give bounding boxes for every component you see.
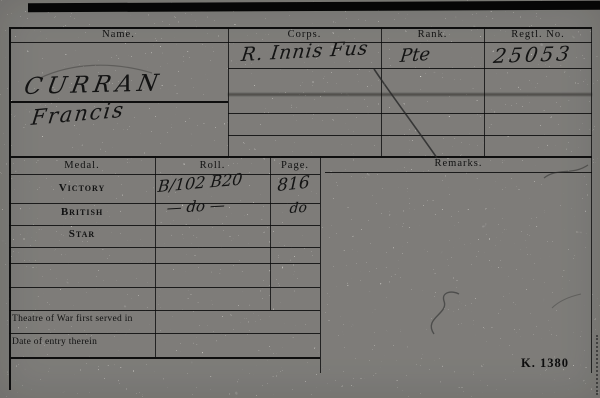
- roll-column-header: Roll.: [155, 160, 270, 171]
- empty-row-line-1: [9, 263, 320, 264]
- medal-row-victory-label: Victory: [9, 182, 155, 194]
- victory-page-handwriting: 816: [277, 172, 310, 196]
- medal-row-star-label: Star: [9, 228, 155, 240]
- row-line-1: [228, 68, 592, 69]
- british-row-line: [9, 225, 320, 226]
- remarks-underline: [325, 172, 592, 173]
- medal-row-british-label: British: [9, 206, 155, 218]
- name-column-header: Name.: [9, 29, 228, 40]
- medal-column-header: Medal.: [9, 160, 155, 171]
- empty-row-line-2: [9, 287, 320, 288]
- page-remarks-divider: [320, 156, 321, 373]
- british-page-handwriting: do: [289, 200, 307, 217]
- remarks-faint-mark: [552, 294, 581, 308]
- regtl-no-handwriting: 25053: [492, 41, 574, 68]
- remarks-column-header: Remarks.: [325, 158, 592, 169]
- date-of-entry-label: Date of entry therein: [12, 337, 157, 347]
- card-right-border: [591, 27, 592, 373]
- date-row-top-line: [9, 333, 320, 334]
- medal-table-bottom-border: [9, 357, 320, 359]
- corps-rank-divider: [381, 27, 382, 156]
- medal-roll-divider: [155, 156, 156, 357]
- rank-handwriting: Pte: [399, 44, 431, 67]
- scan-edge-bar: [28, 1, 600, 12]
- roll-page-divider: [270, 156, 271, 310]
- medal-index-card-scan: Name. Corps. Rank. Regtl. No. CURRAN Fra…: [0, 0, 600, 398]
- card-reference-number: K. 1380: [521, 356, 569, 371]
- page-column-header: Page.: [270, 160, 320, 171]
- medal-header-underline: [9, 174, 320, 175]
- row-line-4: [228, 135, 592, 136]
- surname-handwriting: CURRAN: [22, 70, 165, 100]
- remarks-squiggle: [431, 292, 459, 334]
- theatre-of-war-label: Theatre of War first served in: [12, 314, 157, 324]
- theatre-row-top-line: [9, 310, 320, 311]
- name-corps-divider: [228, 27, 229, 156]
- victory-row-line: [9, 203, 320, 204]
- rank-regtl-divider: [484, 27, 485, 156]
- row-line-3: [228, 113, 592, 114]
- british-roll-handwriting: — do —: [166, 196, 226, 217]
- star-row-line: [9, 247, 320, 248]
- rank-column-header: Rank.: [381, 29, 484, 40]
- regtl-no-column-header: Regtl. No.: [484, 29, 592, 40]
- scan-edge-dots: [596, 335, 598, 395]
- row-line-2-smudged: [228, 93, 592, 96]
